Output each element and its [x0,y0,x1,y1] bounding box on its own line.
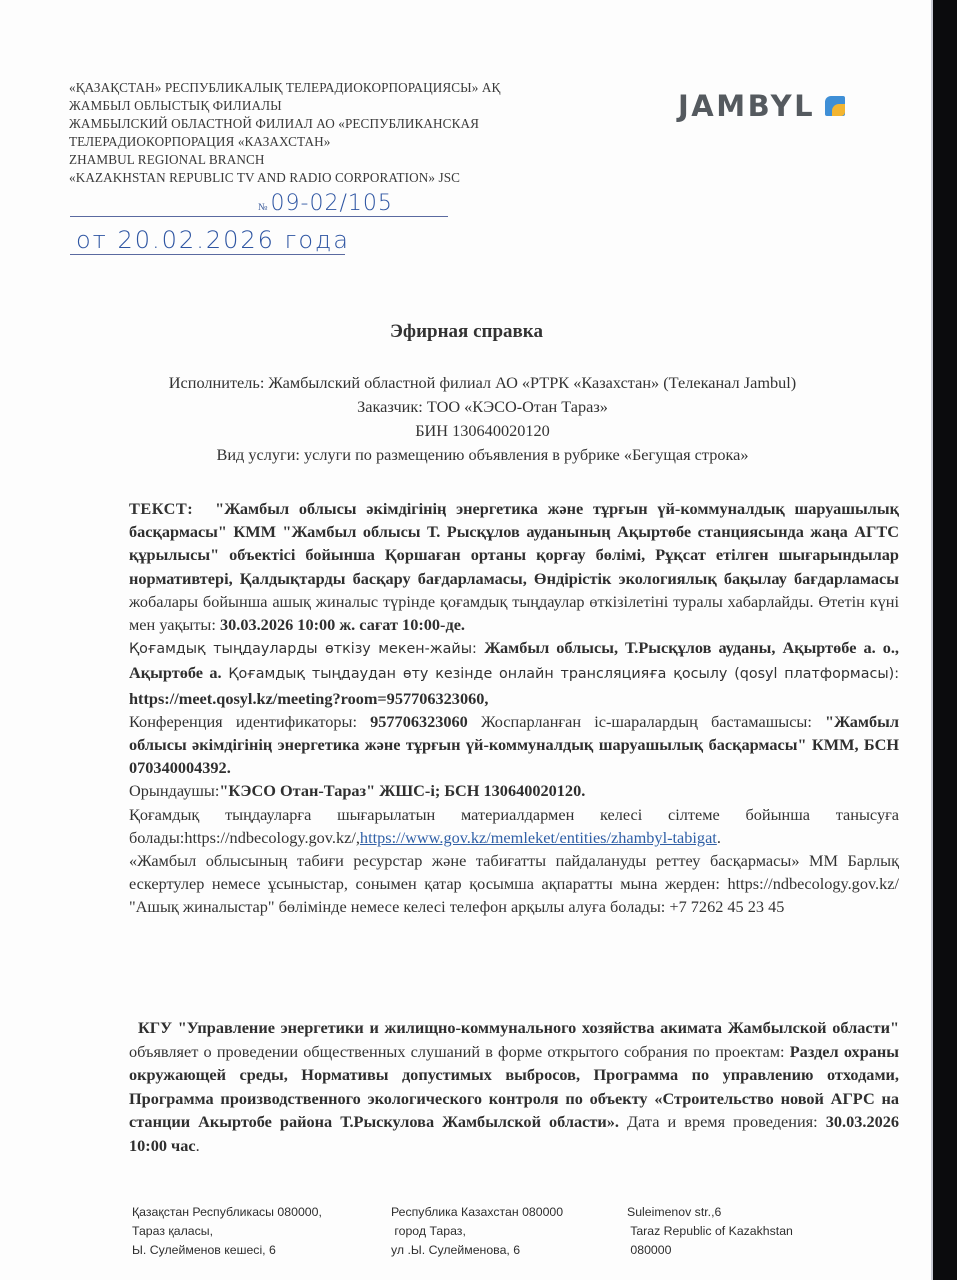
ndbecology-link[interactable]: https://ndbecology.gov.kz/, [184,828,360,847]
footer-address-ru: Республика Казахстан 080000 город Тараз,… [391,1203,563,1260]
org-line: «ҚАЗАҚСТАН» РЕСПУБЛИКАЛЫҚ ТЕЛЕРАДИОКОРПО… [69,79,500,97]
period: . [196,1136,200,1155]
kz-datetime: 30.03.2026 10:00 ж. сағат 10:00-де. [220,615,465,634]
footer-line: Taraz Republic of Kazakhstan [627,1222,793,1241]
kz-subject: "Жамбыл облысы әкімдігінің энергетика жә… [129,499,899,588]
footer-line: Қазақстан Республикасы 080000, [132,1203,322,1222]
announcement-kazakh: ТЕКСТ:"Жамбыл облысы әкімдігінің энергет… [129,497,899,919]
text-label: ТЕКСТ: [129,499,193,518]
executor: Исполнитель: Жамбылский областной филиал… [0,371,957,395]
document-meta: Исполнитель: Жамбылский областной филиал… [0,371,957,467]
gov-kz-link[interactable]: https://www.gov.kz/memleket/entities/zha… [360,828,717,847]
conference-id-label: Конференция идентификаторы: [129,712,370,731]
footer-line: Suleimenov str.,6 [627,1203,793,1222]
initiator-label: Жоспарланған іс-шаралардың бастамашысы: [468,712,825,731]
contacts-text: «Жамбыл облысының табиғи ресурстар және … [129,851,899,916]
jambyl-logo: JAMBYL [678,89,845,123]
performer-label: Орындаушы: [129,781,219,800]
registration-number-underline [70,216,448,217]
service-type: Вид услуги: услуги по размещению объявле… [0,443,957,467]
ru-announce: объявляет о проведении общественных слуш… [129,1042,790,1061]
customer: Заказчик: ТОО «КЭСО-Отан Тараз» [0,395,957,419]
scan-background [933,0,957,1280]
bin: БИН 130640020120 [0,419,957,443]
performer: "КЭСО Отан-Тараз" ЖШС-і; БСН 13064002012… [219,781,585,800]
org-line: «KAZAKHSTAN REPUBLIC TV AND RADIO CORPOR… [69,169,500,187]
footer-line: город Тараз, [391,1222,563,1241]
meeting-link[interactable]: https://meet.qosyl.kz/meeting?room=95770… [129,689,488,708]
registration-number-value: 09-02/105 [271,191,393,216]
footer-line: 080000 [627,1241,793,1260]
ru-date-label: Дата и время проведения: [619,1112,826,1131]
footer-line: Республика Казахстан 080000 [391,1203,563,1222]
footer-line: Тараз қаласы, [132,1222,322,1241]
org-line: ЖАМБЫЛ ОБЛЫСТЫҚ ФИЛИАЛЫ [69,97,500,115]
footer-line: ул .Ы. Сулейменова, 6 [391,1241,563,1260]
footer-address-kz: Қазақстан Республикасы 080000, Тараз қал… [132,1203,322,1260]
ru-organization: КГУ "Управление энергетики и жилищно-ком… [138,1018,899,1037]
logo-wordmark: JAMBYL [678,89,815,123]
announcement-russian: КГУ "Управление энергетики и жилищно-ком… [129,1016,899,1158]
registration-number: №09-02/105 [258,191,393,216]
org-line: ZHAMBUL REGIONAL BRANCH [69,151,500,169]
kz-online-text: Қоғамдық тыңдаудан өту кезінде онлайн тр… [222,666,899,682]
logo-mark-icon [825,96,845,116]
document-page: «ҚАЗАҚСТАН» РЕСПУБЛИКАЛЫҚ ТЕЛЕРАДИОКОРПО… [0,0,933,1280]
org-line: ТЕЛЕРАДИОКОРПОРАЦИЯ «КАЗАХСТАН» [69,133,500,151]
registration-date-underline [70,254,345,255]
org-line: ЖАМБЫЛСКИЙ ОБЛАСТНОЙ ФИЛИАЛ АО «РЕСПУБЛИ… [69,115,500,133]
kz-address-label: Қоғамдық тыңдауларды өткізу мекен-жайы: [129,641,484,657]
footer-address-en: Suleimenov str.,6 Taraz Republic of Kaza… [627,1203,793,1260]
organization-letterhead: «ҚАЗАҚСТАН» РЕСПУБЛИКАЛЫҚ ТЕЛЕРАДИОКОРПО… [69,79,500,187]
period: . [717,828,721,847]
conference-id: 957706323060 [370,712,468,731]
number-sign: № [258,202,269,213]
registration-date: от 20.02.2026 года [76,226,350,254]
footer-line: Ы. Сулейменов кешесі, 6 [132,1241,322,1260]
document-title: Эфирная справка [0,321,933,343]
